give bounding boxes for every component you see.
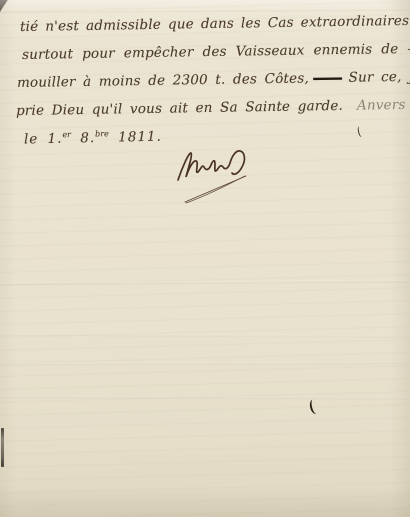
date-line: le 1.er 8.bre 1811.: [24, 128, 162, 147]
staple: [1, 428, 4, 467]
letter-page: tié n'est admissible que dans les Cas ex…: [0, 0, 410, 517]
line-3-text-after: Sur ce, je: [348, 69, 410, 86]
paper-crease: [0, 8, 410, 13]
bold-separator-dash: —: [311, 66, 344, 91]
corner-dark-spot: [0, 0, 10, 13]
letter-line-2: surtout pour empêcher des Vaisseaux enne…: [22, 41, 410, 63]
small-ink-mark: [357, 125, 365, 137]
date-superscript-bre: bre: [95, 129, 109, 138]
paper-crease: [0, 333, 410, 338]
date-year: 1811.: [109, 129, 162, 146]
paper-crease: [0, 395, 410, 399]
napoleon-signature-svg: [173, 147, 259, 209]
lower-ink-mark: [308, 398, 322, 415]
place-annotation: Anvers: [357, 97, 406, 114]
date-month: 8.: [71, 130, 96, 147]
signature-flourish: [173, 147, 259, 209]
letter-line-3: mouiller à moins de 2300 t. des Côtes,—S…: [17, 69, 410, 91]
date-prefix: le 1.: [24, 131, 63, 148]
date-superscript-er: er: [62, 130, 71, 139]
letter-line-1: tié n'est admissible que dans les Cas ex…: [20, 13, 410, 35]
line-3-text-before: mouiller à moins de 2300 t. des Côtes,: [17, 70, 309, 91]
paper-crease: [0, 280, 410, 286]
paper-crease: [0, 361, 410, 365]
line-4-text: prie Dieu qu'il vous ait en Sa Sainte ga…: [16, 98, 343, 119]
letter-line-4: prie Dieu qu'il vous ait en Sa Sainte ga…: [16, 97, 406, 119]
